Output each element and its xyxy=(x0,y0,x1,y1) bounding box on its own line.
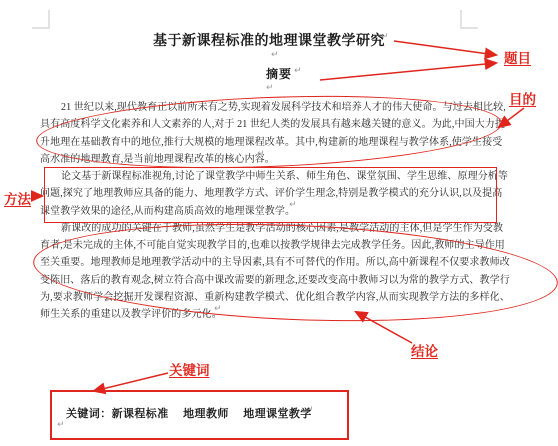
abstract-line: 升地理在基础教育中的地位,推行大规模的地理课程改革。其中,构建新的地理课程与教学… xyxy=(40,133,502,150)
annotation-label-title: 题目 xyxy=(504,47,531,67)
document-title: 基于新课程标准的地理课堂教学研究 xyxy=(0,30,538,50)
paragraph-mark-icon: ↵ xyxy=(214,305,222,314)
abstract-line: 变陈旧、落后的教育观念,树立符合高中课改需要的新理念,还要改变高中教师习以为常的… xyxy=(40,271,510,288)
margin-corner-mark-left xyxy=(32,10,50,29)
arrow-keywords-icon xyxy=(94,373,168,391)
annotation-label-conclusion: 结论 xyxy=(411,340,438,360)
annotation-label-purpose: 目的 xyxy=(509,88,536,108)
abstract-heading: 摘要 xyxy=(0,65,558,82)
paragraph-mark-icon: ↵ xyxy=(294,67,302,76)
arrow-conclusion-icon xyxy=(356,312,412,343)
paragraph-mark-icon: ↵ xyxy=(257,150,265,159)
paragraph-mark-icon: ↵ xyxy=(271,51,279,60)
abstract-line: 问题,探究了地理教师应具备的能力、地理教学方式、评价学生理念,特别是教学模式的充… xyxy=(40,184,502,201)
abstract-line: 21 世纪以来,现代教育正以前所未有之势,实现着发展科学技术和培养人才的伟大使命… xyxy=(40,98,506,115)
paragraph-mark-icon: ↵ xyxy=(57,421,65,430)
margin-corner-mark-right xyxy=(460,10,478,29)
abstract-line: 师生关系的重建以及教学评价的多元化。 xyxy=(40,305,222,322)
abstract-line: 为,要求教师学会挖掘开发课程资源、重新构建教学模式、优化组合教学内容,从而实现教… xyxy=(40,288,510,305)
annotation-label-keywords: 关键词 xyxy=(169,359,210,379)
paragraph-mark-icon: ↵ xyxy=(381,33,389,42)
abstract-line: 高水准的地理教育,是当前地理课程改革的核心内容。 xyxy=(40,150,275,167)
paragraph-mark-icon: ↵ xyxy=(289,201,297,210)
word-document-page: 基于新课程标准的地理课堂教学研究 摘要 21 世纪以来,现代教育正以前所未有之势… xyxy=(0,0,558,446)
abstract-line: 育者,是未完成的主体,不可能自觉实现教学目的,也难以按教学规律去完成教学任务。因… xyxy=(40,236,505,253)
abstract-line: 至关重要。地理教师是地理教学活动中的主导因素,具有不可替代的作用。所以,高中新课… xyxy=(40,253,510,270)
annotation-label-method: 方法 xyxy=(4,188,31,208)
abstract-line: 新课改的成功的关键在于教师,虽然学生是教学活动的核心因素,是教学活动的主体,但是… xyxy=(40,219,503,236)
abstract-line: 论文基于新课程标准视角,讨论了课堂教学中师生关系、师生角色、课堂氛围、学生思维、… xyxy=(40,167,508,184)
keywords-line: 关键词：新课程标准 地理教师 地理课堂教学 xyxy=(66,405,312,421)
abstract-line: 课堂教学效果的途径,从而构建高质高效的地理课堂教学。 xyxy=(40,202,295,219)
paragraph-mark-icon: ↵ xyxy=(266,84,274,93)
abstract-line: 具有高度科学文化素养和人文素养的人,对于 21 世纪人类的发展具有越来越关键的意… xyxy=(40,115,505,132)
